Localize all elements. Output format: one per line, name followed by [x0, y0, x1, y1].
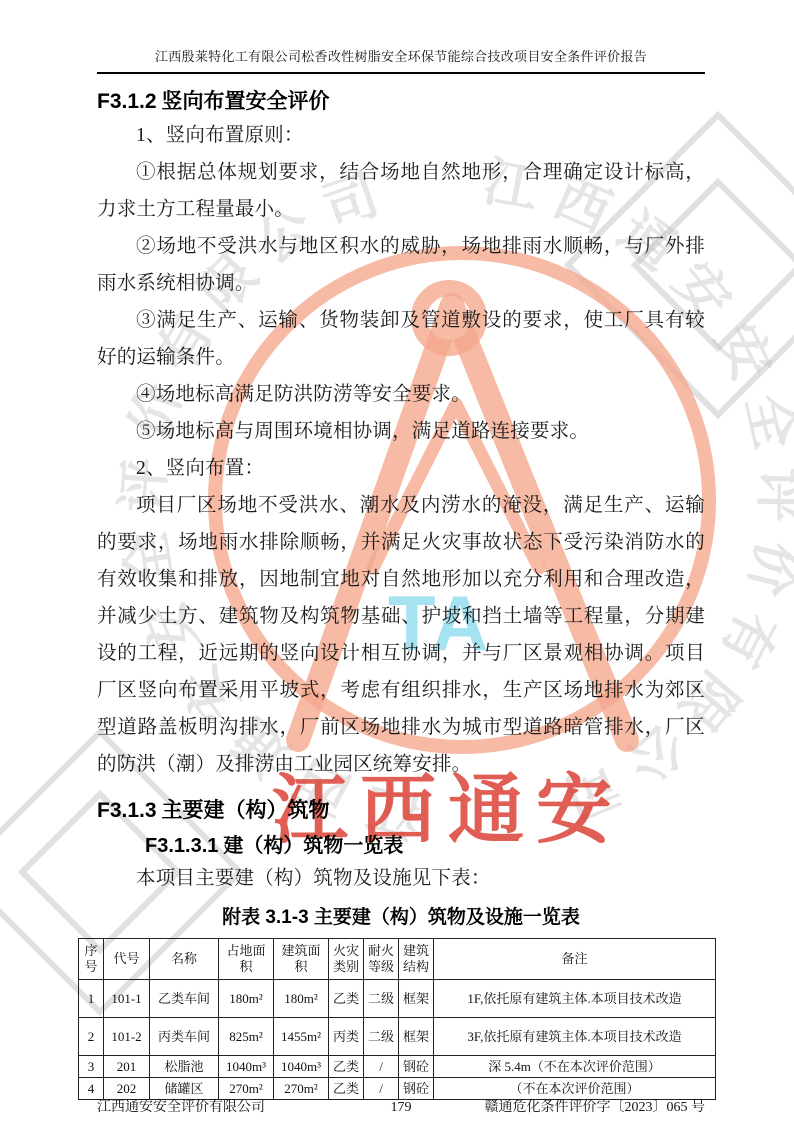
- paragraph: ③满足生产、运输、货物装卸及管道敷设的要求，使工厂具有较好的运输条件。: [97, 302, 705, 376]
- cell: 二级: [364, 980, 399, 1018]
- col-header: 序号: [79, 939, 104, 980]
- section-heading-f312: F3.1.2竖向布置安全评价: [97, 87, 705, 117]
- cell: 1F,依托原有建筑主体.本项目技术改造: [434, 980, 716, 1018]
- cell: 1040m³: [219, 1056, 274, 1078]
- cell: 乙类: [329, 1056, 364, 1078]
- col-header: 建筑面积: [274, 939, 329, 980]
- cell: 3F,依托原有建筑主体.本项目技术改造: [434, 1018, 716, 1056]
- cell: 丙类车间: [150, 1018, 219, 1056]
- paragraph: 2、竖向布置：: [97, 450, 705, 487]
- cell: 825m²: [219, 1018, 274, 1056]
- cell: 101-2: [104, 1018, 150, 1056]
- table-header-row: 序号 代号 名称 占地面积 建筑面积 火灾类别 耐火等级 建筑结构 备注: [79, 939, 716, 980]
- body-text-area: F3.1.2竖向布置安全评价 1、竖向布置原则： ①根据总体规划要求，结合场地自…: [97, 87, 705, 931]
- table-intro: 本项目主要建（构）筑物及设施见下表：: [97, 860, 705, 897]
- paragraph: 1、竖向布置原则：: [97, 117, 705, 154]
- section-number: F3.1.3.1: [145, 835, 218, 857]
- paragraph: ④场地标高满足防洪防涝等安全要求。: [97, 376, 705, 413]
- cell: 3: [79, 1056, 104, 1078]
- table-row: 1 101-1 乙类车间 180m² 180m² 乙类 二级 框架 1F,依托原…: [79, 980, 716, 1018]
- paragraph: ⑤场地标高与周围环境相协调，满足道路连接要求。: [97, 413, 705, 450]
- table-caption: 附表 3.1-3 主要建（构）筑物及设施一览表: [97, 905, 705, 931]
- buildings-table: 序号 代号 名称 占地面积 建筑面积 火灾类别 耐火等级 建筑结构 备注 1 1…: [78, 938, 716, 1100]
- cell: 180m²: [219, 980, 274, 1018]
- table-row: 3 201 松脂池 1040m³ 1040m³ 乙类 / 钢砼 深 5.4m（不…: [79, 1056, 716, 1078]
- col-header: 代号: [104, 939, 150, 980]
- cell: 1040m³: [274, 1056, 329, 1078]
- cell: 101-1: [104, 980, 150, 1018]
- cell: 深 5.4m（不在本次评价范围）: [434, 1056, 716, 1078]
- page-number: 179: [391, 1100, 412, 1116]
- col-header: 备注: [434, 939, 716, 980]
- footer-document-number: 赣通危化条件评价字〔2023〕065 号: [485, 1096, 706, 1116]
- col-header: 耐火等级: [364, 939, 399, 980]
- cell: 1: [79, 980, 104, 1018]
- page-footer: 江西通安安全评价有限公司 179 赣通危化条件评价字〔2023〕065 号: [97, 1096, 705, 1116]
- report-title: 江西殷莱特化工有限公司松香改性树脂安全环保节能综合技改项目安全条件评价报告: [97, 46, 705, 65]
- cell: 乙类车间: [150, 980, 219, 1018]
- section-heading-f3131: F3.1.3.1建（构）筑物一览表: [145, 832, 705, 860]
- cell: 1455m²: [274, 1018, 329, 1056]
- cell: 框架: [399, 1018, 434, 1056]
- paragraph: ②场地不受洪水与地区积水的威胁，场地排雨水顺畅，与厂外排雨水系统相协调。: [97, 228, 705, 302]
- cell: 钢砼: [399, 1056, 434, 1078]
- col-header: 火灾类别: [329, 939, 364, 980]
- header-divider: [97, 72, 705, 74]
- section-number: F3.1.2: [97, 90, 157, 113]
- paragraph: ①根据总体规划要求，结合场地自然地形，合理确定设计标高，力求土方工程量最小。: [97, 154, 705, 228]
- col-header: 占地面积: [219, 939, 274, 980]
- section-title: 主要建（构）筑物: [162, 799, 330, 822]
- page-header: 江西殷莱特化工有限公司松香改性树脂安全环保节能综合技改项目安全条件评价报告: [97, 46, 705, 74]
- col-header: 建筑结构: [399, 939, 434, 980]
- cell: 框架: [399, 980, 434, 1018]
- cell: 松脂池: [150, 1056, 219, 1078]
- section-heading-f313: F3.1.3主要建（构）筑物: [97, 796, 705, 826]
- paragraph: 项目厂区场地不受洪水、潮水及内涝水的淹没，满足生产、运输的要求，场地雨水排除顺畅…: [97, 487, 705, 783]
- section-title: 建（构）筑物一览表: [223, 835, 403, 857]
- cell: 2: [79, 1018, 104, 1056]
- cell: 201: [104, 1056, 150, 1078]
- cell: 丙类: [329, 1018, 364, 1056]
- cell: 乙类: [329, 980, 364, 1018]
- cell: /: [364, 1056, 399, 1078]
- cell: 180m²: [274, 980, 329, 1018]
- cell: 二级: [364, 1018, 399, 1056]
- footer-company: 江西通安安全评价有限公司: [97, 1096, 265, 1116]
- section-number: F3.1.3: [97, 799, 157, 822]
- section-title: 竖向布置安全评价: [162, 90, 330, 113]
- document-page: 江西通安安全评价有限公司 江西通安安全评价有限公司 TA 江西通安 江西殷莱特化…: [0, 0, 794, 1123]
- page-content: 江西殷莱特化工有限公司松香改性树脂安全环保节能综合技改项目安全条件评价报告 F3…: [0, 46, 794, 1100]
- table-row: 2 101-2 丙类车间 825m² 1455m² 丙类 二级 框架 3F,依托…: [79, 1018, 716, 1056]
- col-header: 名称: [150, 939, 219, 980]
